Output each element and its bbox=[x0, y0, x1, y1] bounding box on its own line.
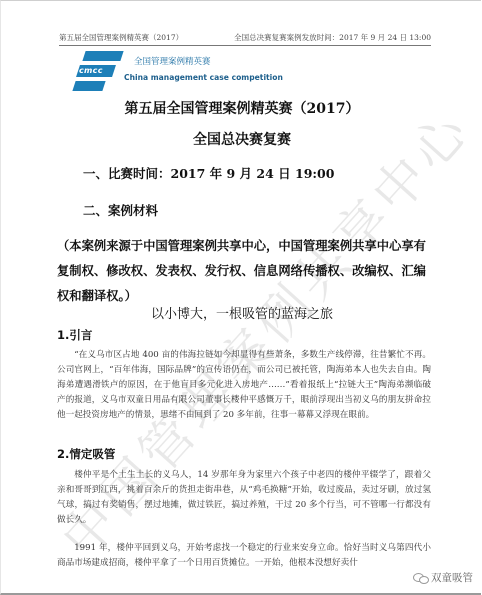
paragraph-1991: 1991 年，楼仲平回到义乌，开始考虑找一个稳定的行业来安身立命。恰好当时义乌第… bbox=[57, 541, 431, 571]
header-left: 第五届全国管理案例精英赛（2017） bbox=[59, 32, 183, 43]
wechat-account-badge: 双童吸管 bbox=[413, 570, 473, 585]
document-page: 中国管理案例共享中心 第五届全国管理案例精英赛（2017） 全国总决赛复赛案例发… bbox=[0, 0, 481, 595]
competition-logo: cmcc 全国管理案例精英赛 China management case com… bbox=[76, 51, 283, 93]
logo-name-cn: 全国管理案例精英赛 bbox=[134, 55, 283, 67]
cmcc-logo-icon: cmcc bbox=[76, 51, 122, 93]
heading-introduction: 1.引言 bbox=[57, 327, 92, 343]
header-right: 全国总决赛复赛案例发放时间：2017 年 9 月 24 日 13:00 bbox=[234, 32, 431, 43]
logo-mark-text: cmcc bbox=[79, 66, 103, 75]
logo-name-en: China management case competition bbox=[124, 73, 283, 82]
footer-brand-name: 双童吸管 bbox=[431, 570, 473, 585]
document-subtitle: 全国总决赛复赛 bbox=[1, 129, 481, 149]
document-title: 第五届全国管理案例精英赛（2017） bbox=[1, 98, 481, 118]
section-case-materials: 二、案例材料 bbox=[83, 201, 158, 219]
heading-straw: 2.情定吸管 bbox=[57, 446, 115, 462]
case-title: 以小博大，一根吸管的蓝海之旅 bbox=[1, 303, 481, 322]
paragraph-introduction: “在义乌市区占地 400 亩的伟海拉链如今却显得有些萧条，多数生产线停滞，往昔繁… bbox=[57, 348, 431, 423]
section-competition-time: 一、比赛时间：2017 年 9 月 24 日 19:00 bbox=[83, 164, 334, 182]
paragraph-background: 楼仲平是个土生土长的义乌人，14 岁那年身为家里六个孩子中老四的楼仲平辍学了，跟… bbox=[57, 468, 431, 528]
wechat-icon bbox=[413, 572, 429, 584]
copyright-notice: （本案例来源于中国管理案例共享中心，中国管理案例共享中心享有复制权、修改权、发表… bbox=[57, 233, 427, 308]
page-header: 第五届全国管理案例精英赛（2017） 全国总决赛复赛案例发放时间：2017 年 … bbox=[59, 27, 431, 46]
